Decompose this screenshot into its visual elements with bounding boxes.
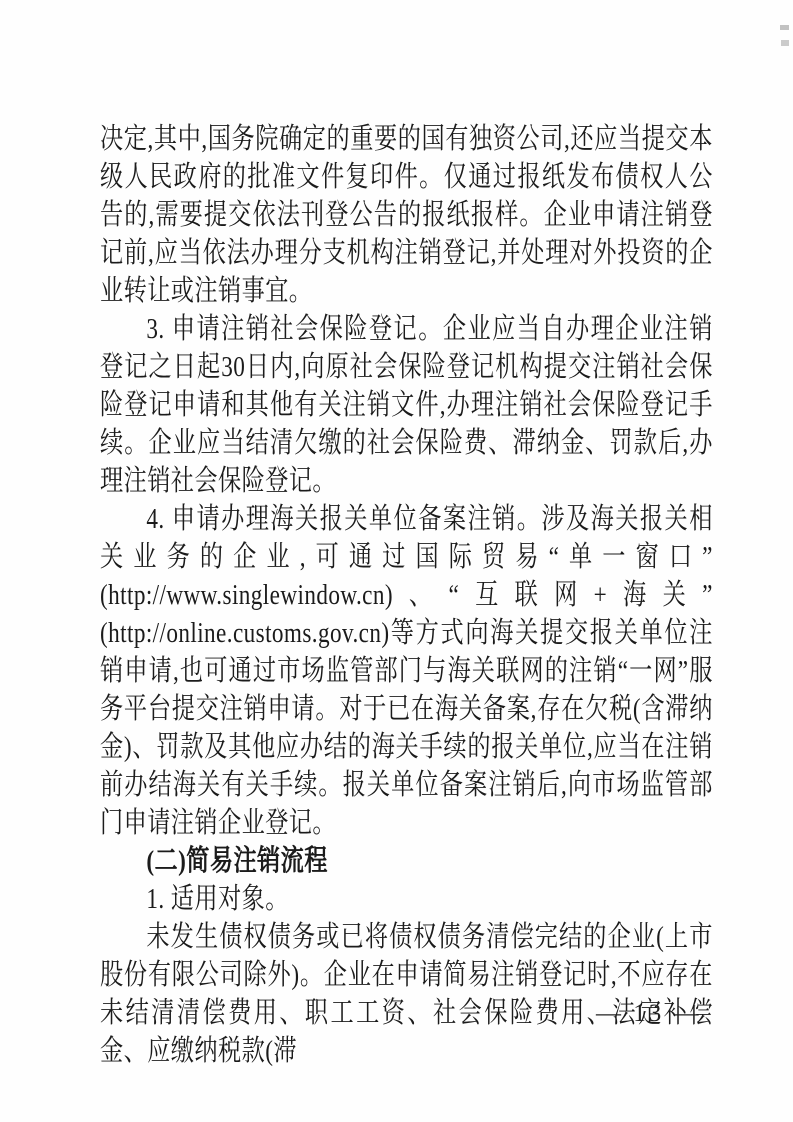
paragraph-social-insurance-deregistration: 3. 申请注销社会保险登记。企业应当自办理企业注销登记之日起30日内,向原社会保… <box>100 310 713 500</box>
page-number: — 13 — <box>596 1000 702 1028</box>
document-page: 决定,其中,国务院确定的重要的国有独资公司,还应当提交本级人民政府的批准文件复印… <box>0 0 793 1122</box>
scan-artifact <box>781 40 789 46</box>
paragraph-customs-deregistration: 4. 申请办理海关报关单位备案注销。涉及海关报关相关业务的企业,可通过国际贸易“… <box>100 500 713 842</box>
document-body: 决定,其中,国务院确定的重要的国有独资公司,还应当提交本级人民政府的批准文件复印… <box>100 120 713 1070</box>
paragraph-applicable-subjects-body: 未发生债权债务或已将债权债务清偿完结的企业(上市股份有限公司除外)。企业在申请简… <box>100 918 713 1070</box>
section-heading-simple-deregistration: (二)简易注销流程 <box>100 842 713 880</box>
paragraph-applicable-subjects-label: 1. 适用对象。 <box>100 880 713 918</box>
scan-artifact <box>780 25 789 30</box>
paragraph-continuation: 决定,其中,国务院确定的重要的国有独资公司,还应当提交本级人民政府的批准文件复印… <box>100 120 713 310</box>
